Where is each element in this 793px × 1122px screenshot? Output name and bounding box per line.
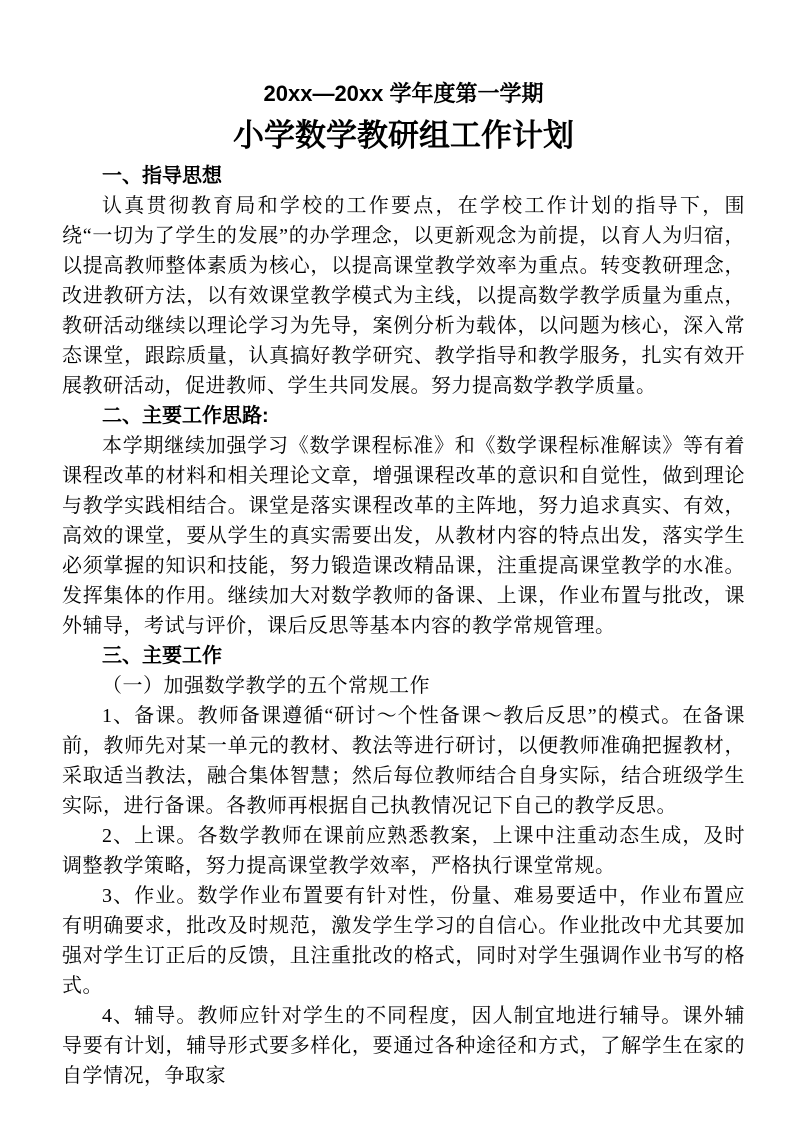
section-main-work-ideas: 二、主要工作思路: 本学期继续加强学习《数学课程标准》和《数学课程标准解读》等有… [62, 401, 745, 641]
section-heading-1: 一、指导思想 [62, 161, 745, 191]
paragraph: 认真贯彻教育局和学校的工作要点，在学校工作计划的指导下，围绕“一切为了学生的发展… [62, 191, 745, 401]
paragraph: （一）加强数学教学的五个常规工作 [62, 671, 745, 701]
section-heading-3: 三、主要工作 [62, 641, 745, 671]
paragraph: 2、上课。各数学教师在课前应熟悉教案，上课中注重动态生成，及时调整教学策略，努力… [62, 821, 745, 881]
document-page: 20xx—20xx 学年度第一学期 小学数学教研组工作计划 一、指导思想 认真贯… [0, 0, 793, 1122]
section-main-work: 三、主要工作 （一）加强数学教学的五个常规工作 1、备课。教师备课遵循“研讨～个… [62, 641, 745, 1091]
section-guiding-ideology: 一、指导思想 认真贯彻教育局和学校的工作要点，在学校工作计划的指导下，围绕“一切… [62, 161, 745, 401]
document-subtitle: 20xx—20xx 学年度第一学期 [62, 77, 745, 111]
paragraph: 本学期继续加强学习《数学课程标准》和《数学课程标准解读》等有着课程改革的材料和相… [62, 431, 745, 641]
document-title: 小学数学教研组工作计划 [62, 111, 745, 161]
paragraph: 1、备课。教师备课遵循“研讨～个性备课～教后反思”的模式。在备课前，教师先对某一… [62, 701, 745, 821]
section-heading-2: 二、主要工作思路: [62, 401, 745, 431]
paragraph: 4、辅导。教师应针对学生的不同程度，因人制宜地进行辅导。课外辅导要有计划，辅导形… [62, 1001, 745, 1091]
paragraph: 3、作业。数学作业布置要有针对性，份量、难易要适中，作业布置应有明确要求，批改及… [62, 881, 745, 1001]
